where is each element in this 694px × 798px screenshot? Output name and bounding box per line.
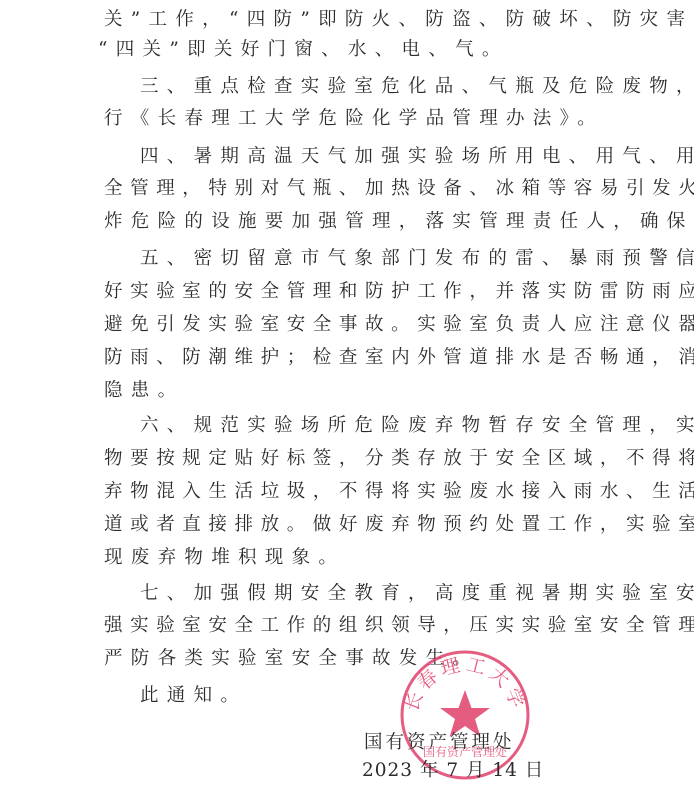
signature-date: 2023 年 7 月 14 日 [362,759,544,783]
paragraph-line: 强实验室安全工作的组织领导，压实实验室安全管理责任， [104,614,594,638]
paragraph-line: 隐患。 [104,379,594,403]
paragraph-line: 四、暑期高温天气加强实验场所用电、用气、用水的安 [140,145,630,169]
paragraph-line: 好实验室的安全管理和防护工作，并落实防雷防雨应急措施， [104,280,594,304]
paragraph-line: 现废弃物堆积现象。 [104,546,594,570]
paragraph-line: 炸危险的设施要加强管理，落实管理责任人，确保安全。 [104,210,594,234]
paragraph-line: 避免引发实验室安全事故。实验室负责人应注意仪器设备的 [104,313,594,337]
paragraph-line: 行《长春理工大学危险化学品管理办法》。 [104,107,594,131]
paragraph-line: 防雨、防潮维护；检查室内外管道排水是否畅通，消除积水 [104,346,594,370]
closing-line: 此通知。 [140,684,630,708]
paragraph-line: 道或者直接排放。做好废弃物预约处置工作，实验室不要出 [104,513,594,537]
paragraph-line: 物要按规定贴好标签，分类存放于安全区域，不得将有害废 [104,447,594,471]
signature-office: 国有资产管理处 [364,731,515,755]
paragraph-line: 六、规范实验场所危险废弃物暂存安全管理，实验废弃 [140,414,630,438]
document-page: 关”工作，“四防”即防火、防盗、防破坏、防灾害事故， “四关”即关好门窗、水、电… [0,0,694,798]
paragraph-line: 全管理，特别对气瓶、加热设备、冰箱等容易引发火灾或爆 [104,177,594,201]
paragraph-line: “四关”即关好门窗、水、电、气。 [98,38,588,62]
star-icon [440,690,490,737]
paragraph-line: 弃物混入生活垃圾，不得将实验废水接入雨水、生活污水管 [104,480,594,504]
paragraph-line: 三、重点检查实验室危化品、气瓶及危险废物，严格执 [140,75,630,99]
paragraph-line: 七、加强假期安全教育，高度重视暑期实验室安全，加 [140,582,630,606]
paragraph-line: 关”工作，“四防”即防火、防盗、防破坏、防灾害事故， [104,8,594,32]
paragraph-line: 五、密切留意市气象部门发布的雷、暴雨预警信号，做 [140,247,630,271]
